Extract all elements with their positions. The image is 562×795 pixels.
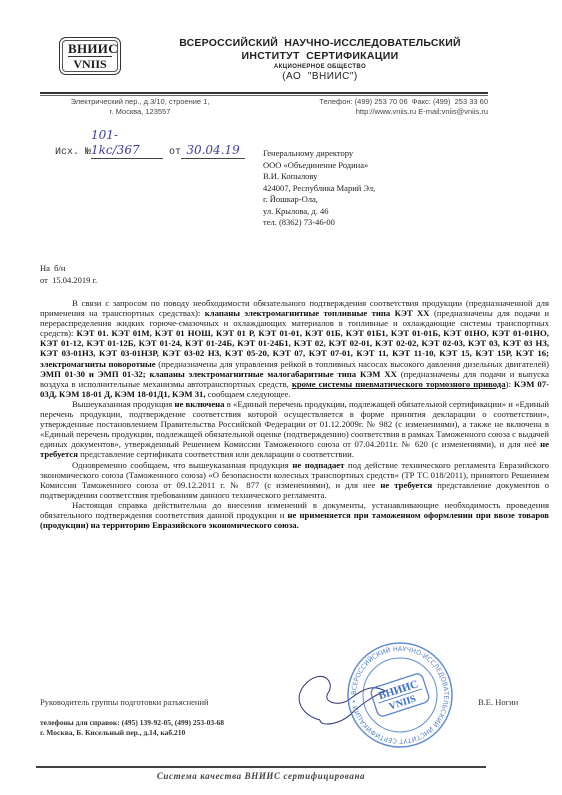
contacts-phone-fax: Телефон: (499) 253 70 06 Факс: (499) 253… [300,97,488,107]
paragraph-validity: Настоящая справка действительна до внесе… [40,500,549,530]
outgoing-label: Исх. № [55,147,91,158]
addressee-postcode-region: 424007, Республика Марий Эл, [263,183,375,195]
org-name-line2: ИНСТИТУТ СЕРТИФИКАЦИИ [160,50,480,62]
addressee-phone: тел. (8362) 73-46-00 [263,217,375,229]
inquiry-address: г. Москва, Б. Кисельный пер., д.14, каб.… [40,728,224,738]
outgoing-date: 30.04.19 [186,143,239,157]
paragraph-not-included: Вышеуказанная продукция не включена в «Е… [40,399,549,460]
addressee-street: ул. Крылова, д. 46 [263,206,375,218]
reference-date: от 15.04.2019 г. [40,275,97,287]
header-divider-thin [40,95,488,96]
addressee-company: ООО «Объединение Родина» [263,160,375,172]
org-type: АКЦИОНЕРНОЕ ОБЩЕСТВО [160,64,480,70]
org-address: Электрический пер., д.3/10, строение 1, … [40,97,240,117]
footer-divider [36,766,486,768]
contacts-web-email: http://www.vniis.ru E-mail:vniis@vniis.r… [300,107,488,117]
outgoing-number: 101-1kc/367 [91,128,140,157]
org-short-name: (АО "ВНИИС") [160,71,480,82]
addressee-name: В.И. Копылову [263,171,375,183]
org-name-line1: ВСЕРОССИЙСКИЙ НАУЧНО-ИССЛЕДОВАТЕЛЬСКИЙ [160,37,480,49]
reference-number: На б/н [40,263,97,275]
org-contacts: Телефон: (499) 253 70 06 Факс: (499) 253… [300,97,488,117]
logo-latin: VNIIS [60,57,120,71]
outgoing-reference: Исх. №101-1kc/367 от30.04.19 [55,128,245,159]
incoming-reference: На б/н от 15.04.2019 г. [40,263,97,286]
header-divider [40,92,488,94]
addressee-block: Генеральному директору ООО «Объединение … [263,148,375,229]
quality-statement: Система качества ВНИИС сертифицирована [36,771,486,781]
letter-body: В связи с запросом по поводу необходимос… [40,298,549,530]
official-stamp: ВСЕРОССИЙСКИЙ НАУЧНО-ИССЛЕДОВАТЕЛЬСКИЙ И… [345,640,455,750]
address-line1: Электрический пер., д.3/10, строение 1, [40,97,240,107]
paragraph-tech-regulation: Одновременно сообщаем, что вышеуказанная… [40,460,549,500]
logo-cyrillic: ВНИИС [68,41,112,57]
paragraph-request: В связи с запросом по поводу необходимос… [40,298,549,399]
address-line2: г. Москва, 123557 [40,107,240,117]
inquiry-contacts: телефоны для справок: (495) 139-92-05, (… [40,718,224,738]
inquiry-phones: телефоны для справок: (495) 139-92-05, (… [40,718,224,728]
signer-name: В.Е. Ногин [478,697,518,707]
addressee-city: г. Йошкар-Ола, [263,194,375,206]
signer-position: Руководитель группы подготовки разъяснен… [40,697,209,707]
outgoing-date-label: от [169,147,181,158]
vniis-logo: ВНИИС VNIIS [59,37,121,75]
addressee-title: Генеральному директору [263,148,375,160]
